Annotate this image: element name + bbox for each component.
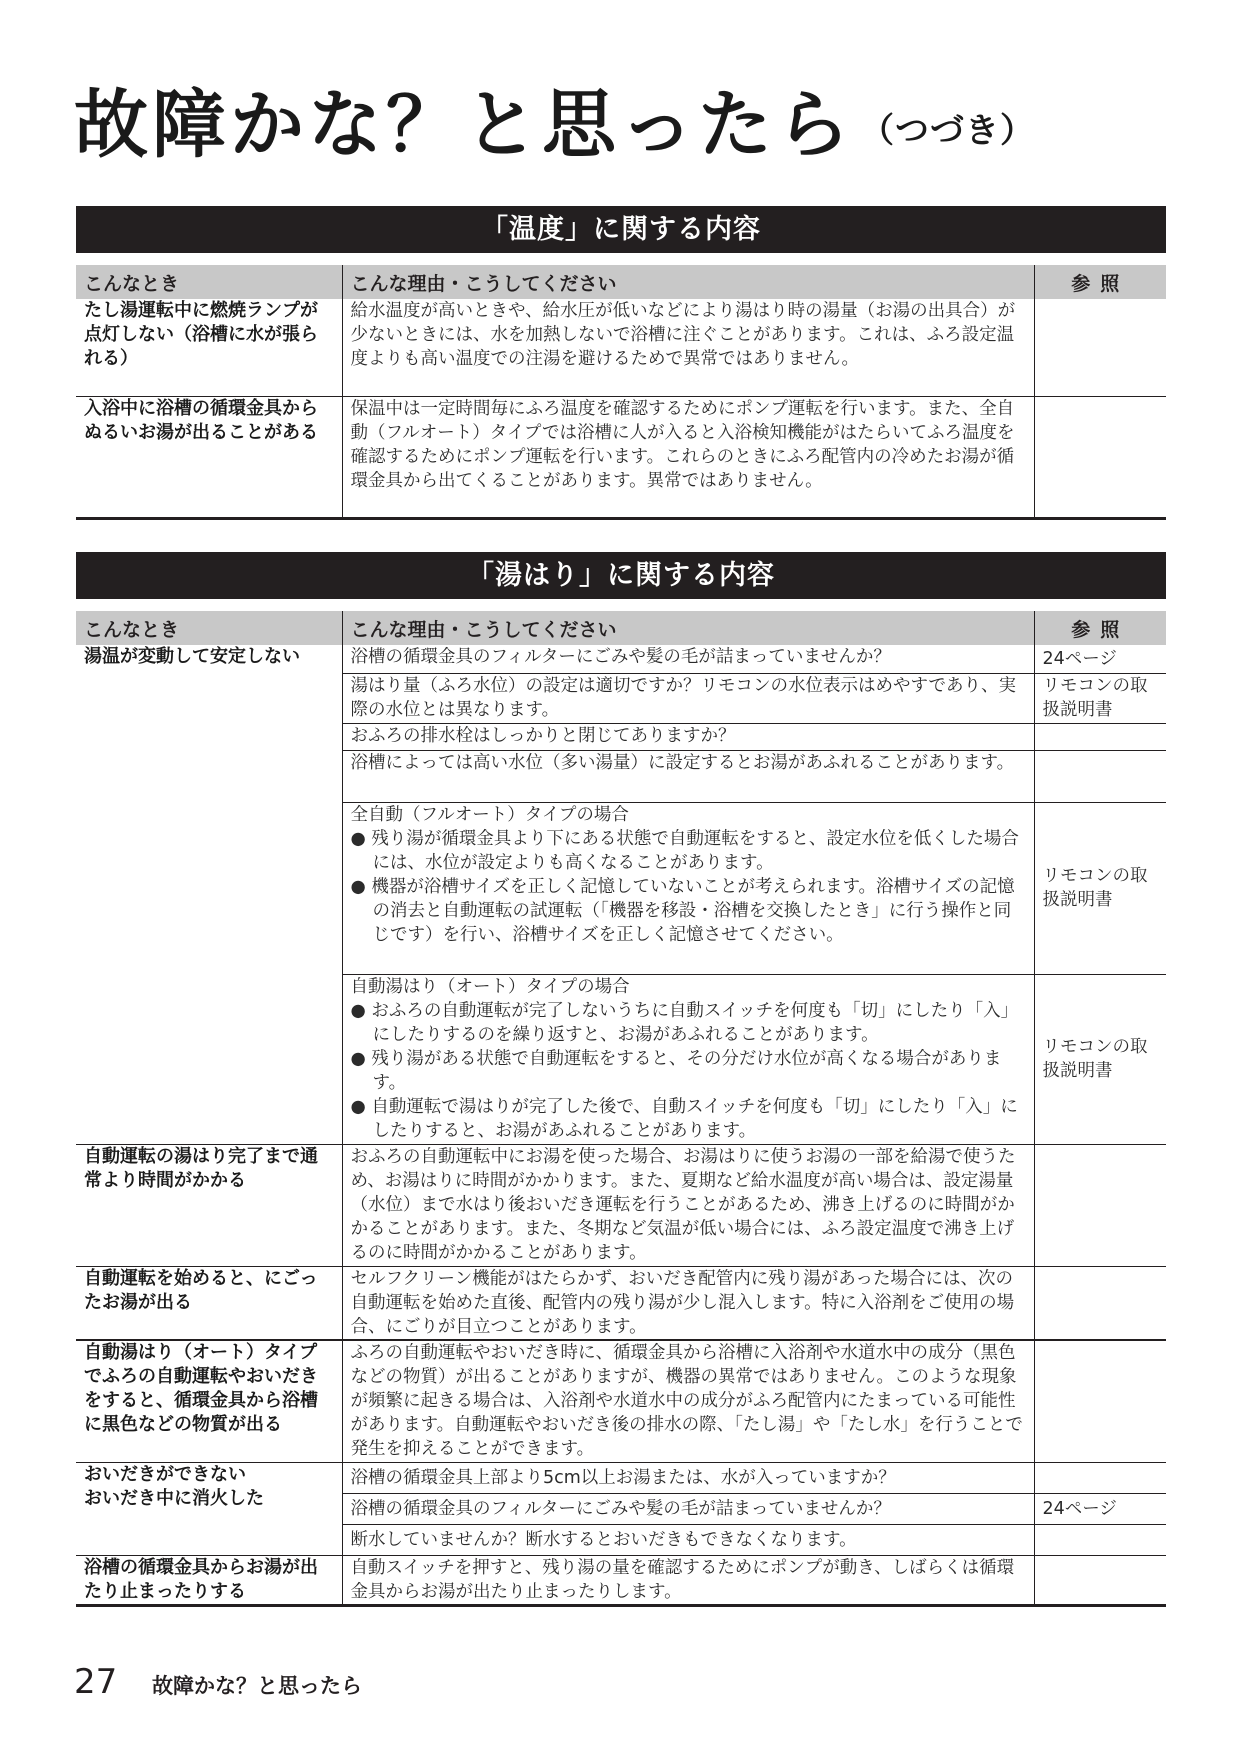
reference-cell [1034,299,1166,396]
reference-cell [1034,1144,1166,1266]
reference-cell: 24ページ [1034,1493,1166,1524]
reason-cell: セルフクリーン機能がはたらかず、おいだき配管内に残り湯があった場合には、次の自動… [342,1266,1034,1340]
table-header-row: こんなとき こんな理由・こうしてください 参照 [76,611,1166,645]
column-header-reason: こんな理由・こうしてください [342,611,1034,645]
table-row: 浴槽の循環金具からお湯が出たり止まったりする 自動スイッチを押すと、残り湯の量を… [76,1555,1166,1605]
reference-cell [1034,396,1166,518]
page-number: 27 [74,1662,117,1702]
section-header-bath-filling: 「湯はり」に関する内容 [76,552,1166,599]
table-row: 自動運転を始めると、にごったお湯が出る セルフクリーン機能がはたらかず、おいだき… [76,1266,1166,1340]
reason-cell: おふろの排水栓はしっかりと閉じてありますか？ [342,723,1034,750]
reason-cell: 保温中は一定時間毎にふろ温度を確認するためにポンプ運転を行います。また、全自動（… [342,396,1034,518]
column-header-ref: 参照 [1034,265,1166,299]
reference-cell: リモコンの取扱説明書 [1034,974,1166,1144]
column-header-when: こんなとき [76,265,342,299]
bullet-item: ● 自動運転で湯はりが完了した後で、自動スイッチを何度も「切」にしたり「入」にし… [351,1095,1026,1143]
symptom-line: おいだきができない [84,1463,334,1487]
bullet-text: 残り湯がある状態で自動運転をすると、その分だけ水位が高くなる場合があります。 [371,1049,1001,1093]
reason-cell: おふろの自動運転中にお湯を使った場合、お湯はりに使うお湯の一部を給湯で使うため、… [342,1144,1034,1266]
table-row: おいだきができない おいだき中に消火した 浴槽の循環金具上部より5cm以上お湯ま… [76,1462,1166,1493]
reason-cell: 給水温度が高いときや、給水圧が低いなどにより湯はり時の湯量（お湯の出具合）が少な… [342,299,1034,396]
column-header-reason: こんな理由・こうしてください [342,265,1034,299]
footer-title: 故障かな？と思ったら [152,1670,362,1700]
reason-cell: 断水していませんか？断水するとおいだきもできなくなります。 [342,1524,1034,1555]
reason-cell: 浴槽の循環金具のフィルターにごみや髪の毛が詰まっていませんか？ [342,1493,1034,1524]
bullet-text: 機器が浴槽サイズを正しく記憶していないことが考えられます。浴槽サイズの記憶の消去… [371,877,1014,945]
page-title: 故障かな？と思ったら（つづき） [74,80,1035,176]
reference-cell: リモコンの取扱説明書 [1034,802,1166,974]
reference-cell: 24ページ [1034,645,1166,673]
reference-cell: リモコンの取扱説明書 [1034,673,1166,723]
page-title-text: 故障かな？と思ったら [74,82,854,168]
bullet-item: ● おふろの自動運転が完了しないうちに自動スイッチを何度も「切」にしたり「入」に… [351,999,1026,1047]
reference-cell [1034,1524,1166,1555]
symptom-cell: 自動運転の湯はり完了まで通常より時間がかかる [76,1144,342,1266]
table-row: 自動湯はり（オート）タイプでふろの自動運転やおいだきをすると、循環金具から浴槽に… [76,1340,1166,1462]
reference-cell [1034,1462,1166,1493]
table-row: 入浴中に浴槽の循環金具からぬるいお湯が出ることがある 保温中は一定時間毎にふろ温… [76,396,1166,518]
type-heading: 自動湯はり（オート）タイプの場合 [351,977,630,997]
bullet-item: ● 残り湯が循環金具より下にある状態で自動運転をすると、設定水位を低くした場合に… [351,827,1026,875]
reason-cell: 浴槽によっては高い水位（多い湯量）に設定するとお湯があふれることがあります。 [342,750,1034,802]
reason-cell: 自動湯はり（オート）タイプの場合 ● おふろの自動運転が完了しないうちに自動スイ… [342,974,1034,1144]
reason-cell: 浴槽の循環金具上部より5cm以上お湯または、水が入っていますか？ [342,1462,1034,1493]
symptom-cell: 自動湯はり（オート）タイプでふろの自動運転やおいだきをすると、循環金具から浴槽に… [76,1340,342,1462]
reference-cell [1034,1555,1166,1605]
type-heading: 全自動（フルオート）タイプの場合 [351,805,629,825]
reference-cell [1034,750,1166,802]
bullet-text: 残り湯が循環金具より下にある状態で自動運転をすると、設定水位を低くした場合には、… [371,829,1019,873]
bullet-text: おふろの自動運転が完了しないうちに自動スイッチを何度も「切」にしたり「入」にした… [371,1001,1018,1045]
symptom-cell: 浴槽の循環金具からお湯が出たり止まったりする [76,1555,342,1605]
column-header-ref: 参照 [1034,611,1166,645]
symptom-cell: 自動運転を始めると、にごったお湯が出る [76,1266,342,1340]
table-row: たし湯運転中に燃焼ランプが点灯しない（浴槽に水が張られる） 給水温度が高いときや… [76,299,1166,396]
bullet-text: 自動運転で湯はりが完了した後で、自動スイッチを何度も「切」にしたり「入」にしたり… [371,1097,1017,1141]
symptom-cell: 入浴中に浴槽の循環金具からぬるいお湯が出ることがある [76,396,342,518]
table-row: 湯温が変動して安定しない 浴槽の循環金具のフィルターにごみや髪の毛が詰まっていま… [76,645,1166,673]
page-title-suffix: （つづき） [860,111,1035,151]
reason-cell: ふろの自動運転やおいだき時に、循環金具から浴槽に入浴剤や水道水中の成分（黒色など… [342,1340,1034,1462]
reason-cell: 自動スイッチを押すと、残り湯の量を確認するためにポンプが動き、しばらくは循環金具… [342,1555,1034,1605]
reason-cell: 浴槽の循環金具のフィルターにごみや髪の毛が詰まっていませんか？ [342,645,1034,673]
symptom-cell: おいだきができない おいだき中に消火した [76,1462,342,1555]
symptom-cell: 湯温が変動して安定しない [76,645,342,1144]
bullet-item: ● 機器が浴槽サイズを正しく記憶していないことが考えられます。浴槽サイズの記憶の… [351,875,1026,947]
reason-cell: 全自動（フルオート）タイプの場合 ● 残り湯が循環金具より下にある状態で自動運転… [342,802,1034,974]
temperature-table: こんなとき こんな理由・こうしてください 参照 たし湯運転中に燃焼ランプが点灯し… [76,265,1166,520]
reference-cell [1034,723,1166,750]
symptom-cell: たし湯運転中に燃焼ランプが点灯しない（浴槽に水が張られる） [76,299,342,396]
bath-filling-table: こんなとき こんな理由・こうしてください 参照 湯温が変動して安定しない 浴槽の… [76,611,1166,1607]
section-header-temperature: 「温度」に関する内容 [76,206,1166,253]
symptom-line: おいだき中に消火した [84,1487,334,1511]
reference-cell [1034,1340,1166,1462]
reference-cell [1034,1266,1166,1340]
table-row: 自動運転の湯はり完了まで通常より時間がかかる おふろの自動運転中にお湯を使った場… [76,1144,1166,1266]
column-header-when: こんなとき [76,611,342,645]
reason-cell: 湯はり量（ふろ水位）の設定は適切ですか？リモコンの水位表示はめやすであり、実際の… [342,673,1034,723]
bullet-item: ● 残り湯がある状態で自動運転をすると、その分だけ水位が高くなる場合があります。 [351,1047,1026,1095]
table-header-row: こんなとき こんな理由・こうしてください 参照 [76,265,1166,299]
